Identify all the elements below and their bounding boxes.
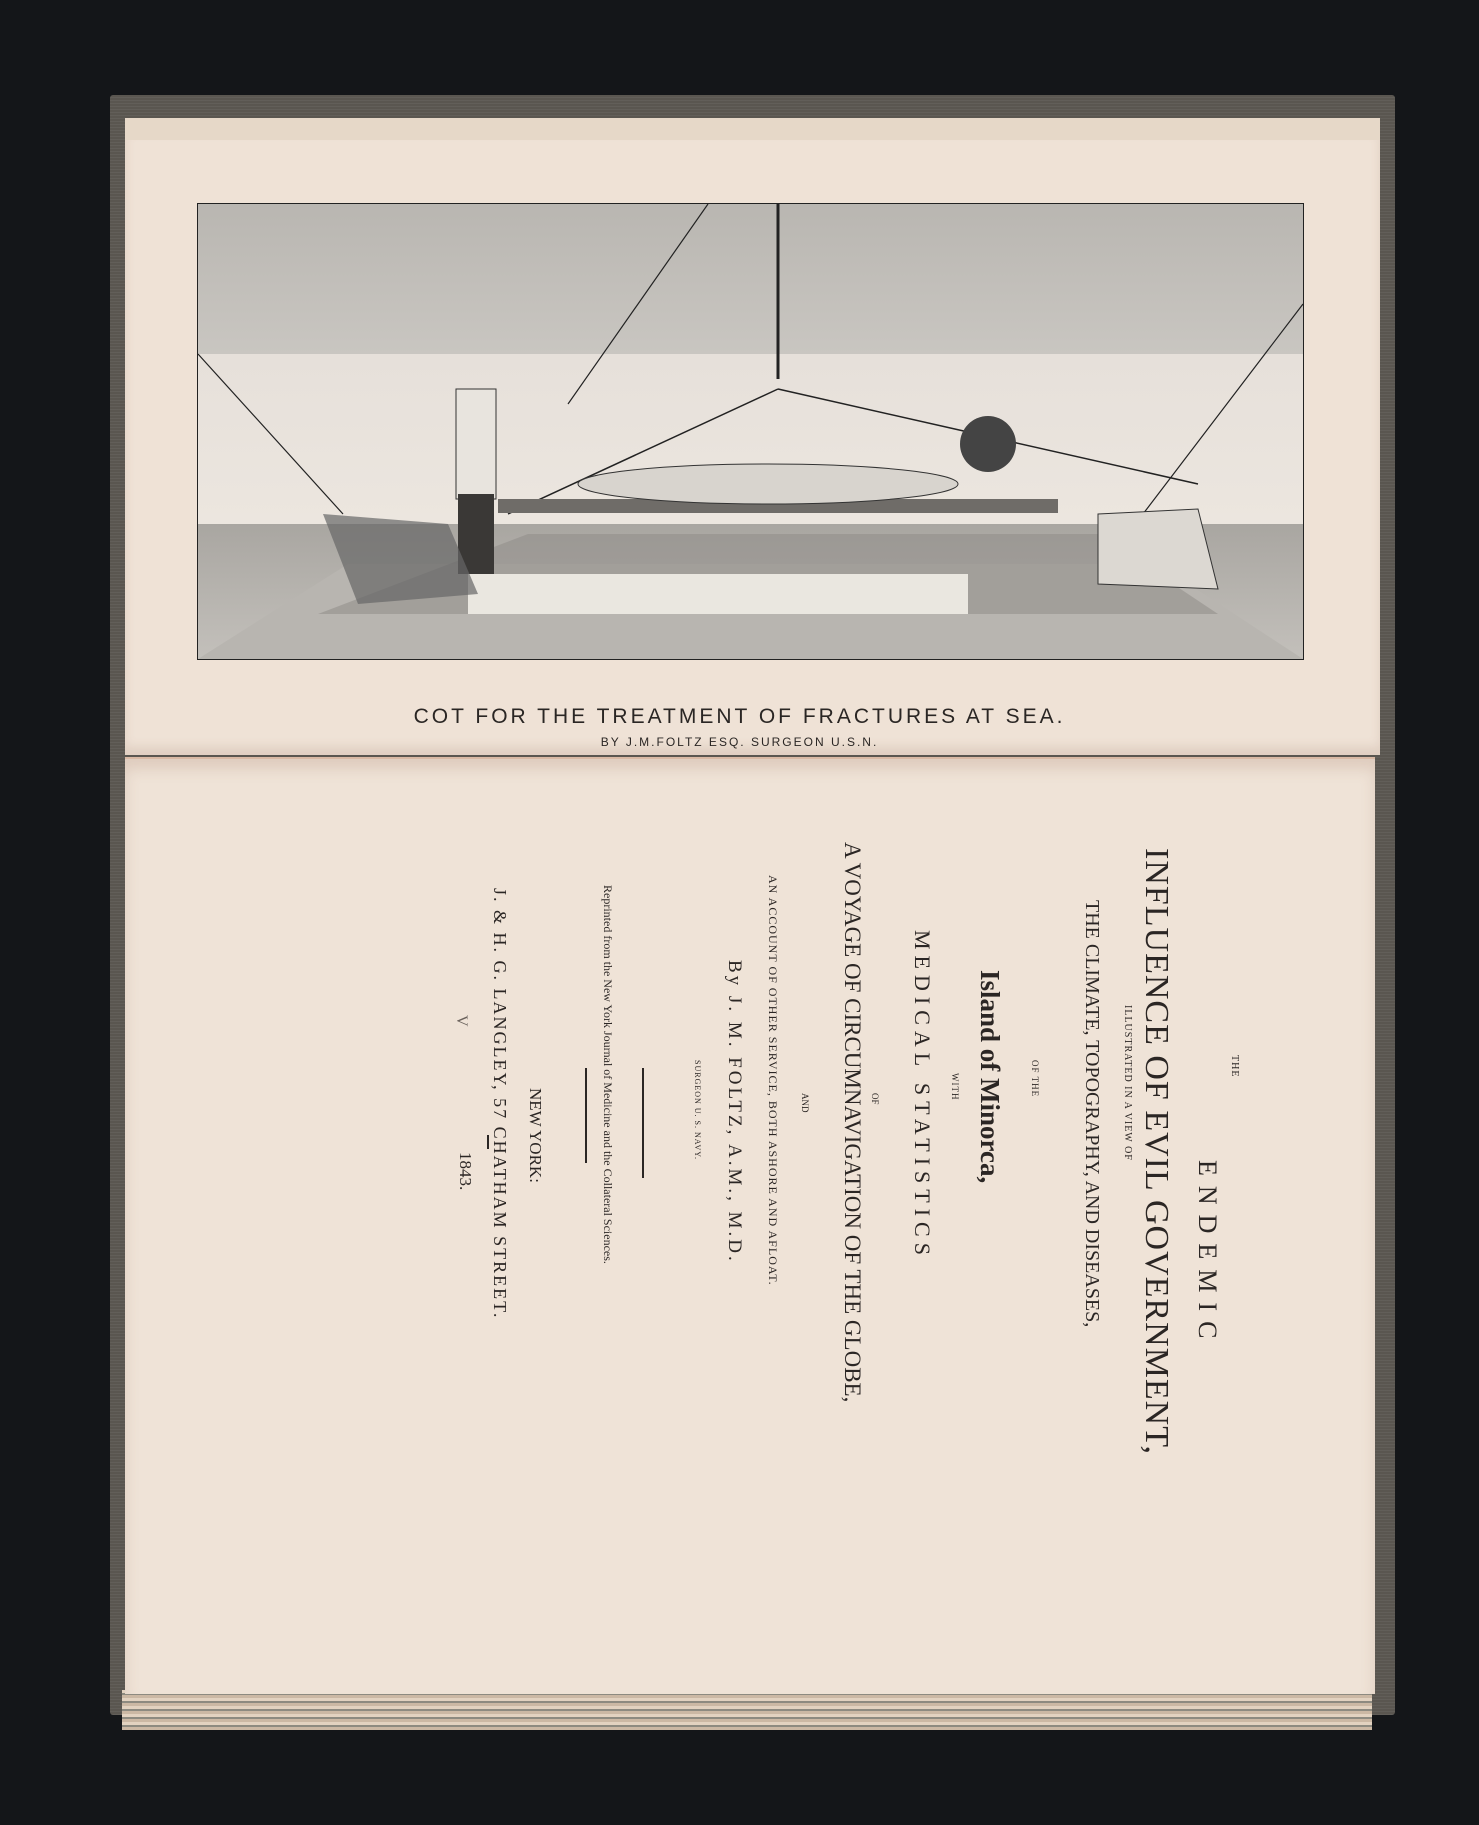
title-voyage: A VOYAGE OF CIRCUMNAVIGATION OF THE GLOB…: [839, 842, 865, 1402]
title-publisher: J. & H. G. LANGLEY, 57 CHATHAM STREET.: [489, 888, 510, 1319]
title-medical-statistics: MEDICAL STATISTICS: [909, 930, 935, 1261]
title-illustrated: ILLUSTRATED IN A VIEW OF: [1122, 1005, 1133, 1161]
illustration-cot-fractures: [197, 203, 1304, 660]
year-dash: [487, 1135, 489, 1149]
title-account: AN ACCOUNT OF OTHER SERVICE, BOTH ASHORE…: [765, 875, 780, 1286]
lithograph-illustration: [198, 204, 1303, 659]
title-city: NEW YORK:: [525, 1088, 545, 1183]
title-author-title: SURGEON U. S. NAVY.: [693, 1060, 702, 1160]
plate-byline: BY J.M.FOLTZ ESQ. SURGEON U.S.N.: [0, 735, 1479, 749]
divider-lower: [585, 1068, 587, 1163]
title-reprint: Reprinted from the New York Journal of M…: [600, 885, 615, 1264]
page-edges: [122, 1690, 1372, 1730]
title-year: 1843.: [455, 1152, 475, 1190]
title-the: THE: [1229, 1055, 1240, 1077]
pencil-mark: V: [452, 1015, 470, 1027]
title-of: OF: [870, 1093, 880, 1105]
title-of-the: OF THE: [1030, 1060, 1040, 1097]
title-author: By J. M. FOLTZ, A.M., M.D.: [723, 960, 745, 1264]
title-subjects: THE CLIMATE, TOPOGRAPHY, AND DISEASES,: [1080, 900, 1103, 1327]
title-page: [125, 757, 1375, 1694]
divider-upper: [642, 1068, 644, 1178]
title-and: AND: [800, 1093, 810, 1113]
plate-caption: COT FOR THE TREATMENT OF FRACTURES AT SE…: [0, 705, 1479, 729]
title-island: Island of Minorca,: [974, 970, 1005, 1183]
title-with: WITH: [950, 1073, 960, 1101]
title-endemic: ENDEMIC: [1192, 1160, 1222, 1348]
title-main: INFLUENCE OF EVIL GOVERNMENT,: [1137, 848, 1175, 1455]
